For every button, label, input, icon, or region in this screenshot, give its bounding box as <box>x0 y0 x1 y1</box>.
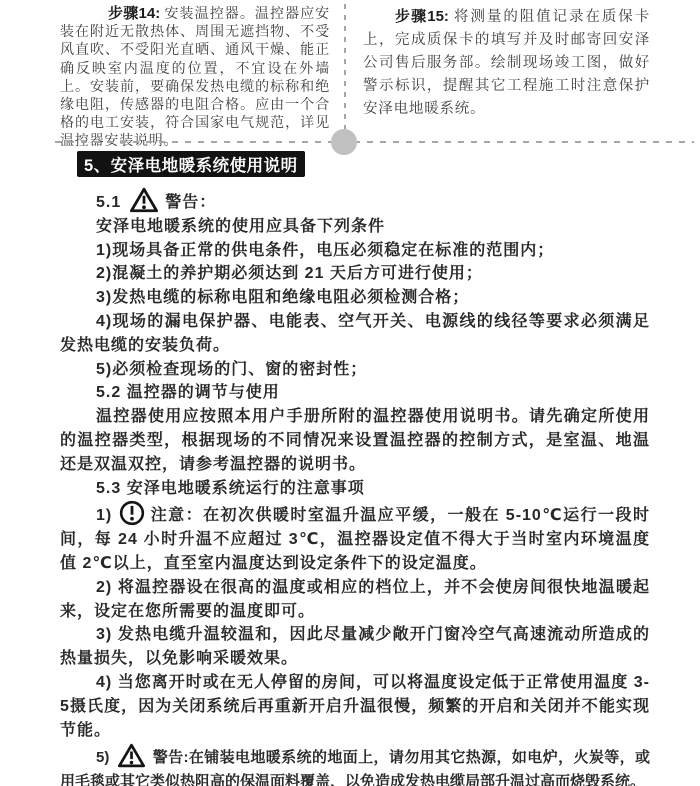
notice-item-1-prefix: 1) <box>96 507 114 524</box>
section-divider-dashed-horizontal <box>55 141 694 143</box>
run-note-item-3: 3) 发热电缆升温较温和，因此尽量减少敞开门窗冷空气高速流动所造成的热量损失，以… <box>60 623 650 671</box>
warning-5-1-label: 警告： <box>165 194 216 211</box>
section-5-2-heading: 5.2 温控器的调节与使用 <box>60 381 650 405</box>
warning-item-5-label: 警告: <box>152 749 188 766</box>
condition-item-1: 1)现场具备正常的供电条件，电压必须稳定在标准的范围内； <box>60 239 650 263</box>
warning-item-5-text: 在铺装电地暖系统的地面上，请勿用其它热源，如电炉，火炭等，或用毛毯或其它类似热阻… <box>60 749 650 786</box>
section-title-bar: 5、安泽电地暖系统使用说明 <box>77 151 305 177</box>
step14-label: 步骤14: <box>108 5 164 22</box>
run-note-item-2: 2) 将温控器设在很高的温度或相应的档位上，并不会使房间很快地温暖起来，设定在您… <box>60 576 650 624</box>
section-5-2-paragraph: 温控器使用应按照本用户手册所附的温控器使用说明书。请先确定所使用的温控器类型，根… <box>60 405 650 476</box>
step15-paragraph: 步骤15:将测量的阻值记录在质保卡上，完成质保卡的填写并及时邮寄回安泽公司售后服… <box>363 5 650 121</box>
step15-column: 步骤15:将测量的阻值记录在质保卡上，完成质保卡的填写并及时邮寄回安泽公司售后服… <box>363 5 650 121</box>
step14-paragraph: 步骤14:安装温控器。温控器应安装在附近无散热体、周围无遮挡物、不受风直吹、不受… <box>60 5 330 152</box>
notice-circle-icon <box>119 500 145 526</box>
notice-item-1-text: 在初次供暖时室温升温应平缓，一般在 5-10℃运行一段时间，每 24 小时升温不… <box>60 507 650 572</box>
warning-item-5-prefix: 5) <box>96 749 111 766</box>
notice-item-1: 1)注意：在初次供暖时室温升温应平缓，一般在 5-10℃运行一段时间，每 24 … <box>60 500 650 575</box>
section-5-1-number: 5.1 <box>96 194 123 211</box>
step14-column: 步骤14:安装温控器。温控器应安装在附近无散热体、周围无遮挡物、不受风直吹、不受… <box>60 5 330 152</box>
condition-item-5: 5)必须检查现场的门、窗的密封性； <box>60 358 650 382</box>
section-title: 5、安泽电地暖系统使用说明 <box>84 152 298 176</box>
condition-item-4: 4)现场的漏电保护器、电能表、空气开关、电源线的线径等要求必须满足发热电缆的安装… <box>60 310 650 358</box>
condition-item-3: 3)发热电缆的标称电阻和绝缘电阻必须检测合格； <box>60 286 650 310</box>
warning-item-5: 5)警告:在铺装电地暖系统的地面上，请勿用其它热源，如电炉，火炭等，或用毛毯或其… <box>60 742 650 786</box>
step15-text: 将测量的阻值记录在质保卡上，完成质保卡的填写并及时邮寄回安泽公司售后服务部。绘制… <box>363 9 650 117</box>
step14-text: 安装温控器。温控器应安装在附近无散热体、周围无遮挡物、不受风直吹、不受阳光直晒、… <box>60 7 330 149</box>
column-divider-dashed-vertical <box>344 4 346 132</box>
section-5-1-intro: 安泽电地暖系统的使用应具备下列条件 <box>60 215 650 239</box>
warning-5-1-line: 5.1警告： <box>60 186 650 215</box>
run-note-item-4: 4) 当您离开时或在无人停留的房间，可以将温度设定低于正常使用温度 3-5摄氏度… <box>60 671 650 742</box>
divider-dot <box>331 129 357 155</box>
warning-triangle-icon <box>129 186 159 214</box>
manual-page: 步骤14:安装温控器。温控器应安装在附近无散热体、周围无遮挡物、不受风直吹、不受… <box>0 0 700 786</box>
notice-item-1-label: 注意： <box>150 507 203 524</box>
section-5-3-heading: 5.3 安泽电地暖系统运行的注意事项 <box>60 477 650 501</box>
step15-label: 步骤15: <box>395 8 453 25</box>
warning-triangle-icon <box>117 742 146 769</box>
usage-instructions-body: 5.1警告： 安泽电地暖系统的使用应具备下列条件 1)现场具备正常的供电条件，电… <box>60 186 650 786</box>
condition-item-2: 2)混凝土的养护期必须达到 21 天后方可进行使用； <box>60 262 650 286</box>
